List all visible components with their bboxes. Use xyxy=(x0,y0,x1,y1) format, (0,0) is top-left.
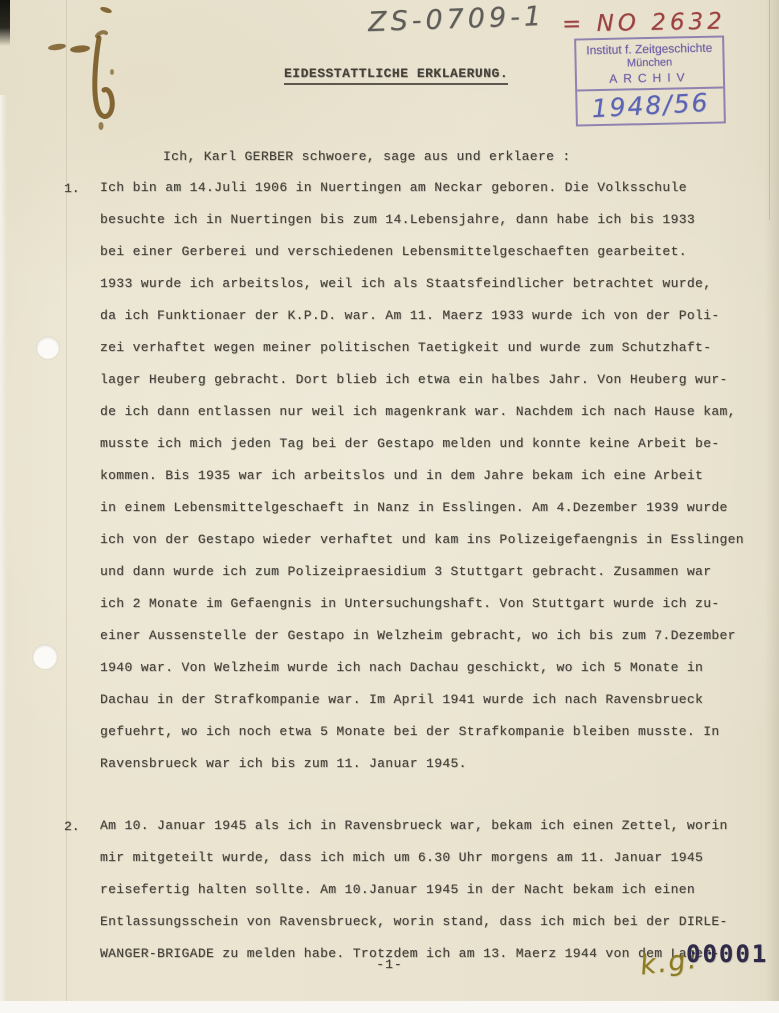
archive-stamp: Institut f. Zeitgeschichte München ARCHI… xyxy=(574,35,726,126)
scan-bottom-edge xyxy=(0,1001,779,1013)
paragraph-1-text: Ich bin am 14.Juli 1906 in Nuertingen am… xyxy=(100,172,765,780)
stamp-institute-line: Institut f. Zeitgeschichte xyxy=(578,41,720,59)
scan-left-edge xyxy=(0,95,7,1001)
scanned-affidavit-page: { "annotations": { "zs_number": "ZS-0709… xyxy=(0,0,779,1013)
ink-blot-mark xyxy=(0,0,180,160)
document-title: EIDESSTATTLICHE ERKLAERUNG. xyxy=(284,66,508,85)
oath-intro-line: Ich, Karl GERBER schwoere, sage aus und … xyxy=(163,149,571,164)
hole-punch-bottom xyxy=(33,645,57,669)
paper-crease-line xyxy=(769,0,770,220)
no-document-annotation: = NO 2632 xyxy=(562,9,726,38)
scan-right-edge xyxy=(765,0,779,1001)
stamp-accession-number: 1948/56 xyxy=(577,86,725,127)
serial-number-stamp: 00001 xyxy=(686,940,768,968)
zs-archive-annotation: ZS-0709-1 xyxy=(368,1,546,38)
paragraph-2-number: 2. xyxy=(64,819,80,834)
stamp-archiv-line: ARCHIV xyxy=(579,69,721,87)
hole-punch-top xyxy=(37,337,59,359)
paragraph-1-number: 1. xyxy=(64,181,80,196)
archive-stamp-header: Institut f. Zeitgeschichte München ARCHI… xyxy=(576,37,723,91)
paragraph-2-text: Am 10. Januar 1945 als ich in Ravensbrue… xyxy=(100,810,765,970)
